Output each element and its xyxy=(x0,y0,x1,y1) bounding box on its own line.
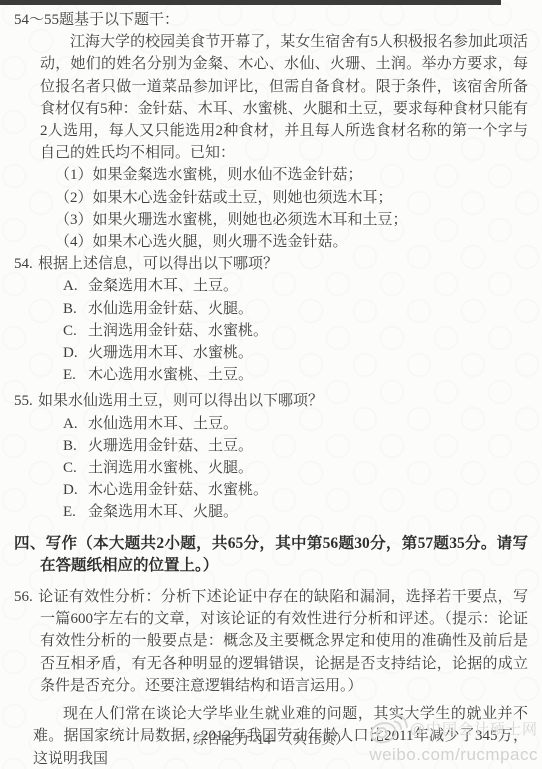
question-55-number: 55. xyxy=(14,390,38,412)
exam-page: 54～55题基于以下题干： 江海大学的校园美食节开幕了，某女生宿舍有5人积极报名… xyxy=(0,0,542,769)
question-55-text: 如果水仙选用土豆，则可以得出以下哪项？ xyxy=(38,393,323,409)
watermark-url: weibo.com/rucmpacc xyxy=(368,745,538,765)
option-text: 金粲选用木耳、火腿。 xyxy=(88,501,238,523)
option-text: 土润选用金针菇、水蜜桃。 xyxy=(88,320,268,342)
q55-option-b: B.火珊选用金针菇、土豆。 xyxy=(63,435,528,457)
page-content: 54～55题基于以下题干： 江海大学的校园美食节开幕了，某女生宿舍有5人积极报名… xyxy=(0,0,542,769)
question-54-text: 根据上述信息，可以得出以下哪项？ xyxy=(38,256,278,272)
question-56: 56.论证有效性分析：分析下述论证中存在的缺陷和漏洞，选择若干要点，写一篇600… xyxy=(14,586,528,697)
q55-option-d: D.木心选用金针菇、水蜜桃。 xyxy=(63,479,528,501)
question-55-options: A.水仙选用木耳、土豆。 B.火珊选用金针菇、土豆。 C.土润选用水蜜桃、火腿。… xyxy=(63,413,528,524)
stem-intro: 54～55题基于以下题干： xyxy=(14,9,528,31)
q54-option-c: C.土润选用金针菇、水蜜桃。 xyxy=(63,320,528,342)
q54-option-a: A.金粲选用木耳、土豆。 xyxy=(63,275,528,297)
condition-item-3: （3）如果火珊选水蜜桃，则她也必须选木耳和土豆； xyxy=(55,209,528,231)
question-54-number: 54. xyxy=(14,253,38,275)
option-text: 木心选用金针菇、水蜜桃。 xyxy=(88,479,268,501)
option-text: 木心选用水蜜桃、土豆。 xyxy=(88,364,253,386)
section-4-heading: 四、写作（本大题共2小题，共65分，其中第56题30分，第57题35分。请写在答… xyxy=(14,533,528,577)
option-text: 土润选用水蜜桃、火腿。 xyxy=(88,457,253,479)
option-letter: B. xyxy=(63,435,88,457)
question-54: 54.根据上述信息，可以得出以下哪项？ xyxy=(14,253,528,275)
q54-option-b: B.水仙选用金针菇、火腿。 xyxy=(63,298,528,320)
q55-option-c: C.土润选用水蜜桃、火腿。 xyxy=(63,457,528,479)
option-letter: C. xyxy=(63,457,88,479)
option-text: 水仙选用金针菇、火腿。 xyxy=(88,298,253,320)
weibo-icon xyxy=(368,711,408,745)
option-letter: B. xyxy=(63,298,88,320)
watermark-handle: @中国会计硕士网 xyxy=(410,718,538,739)
q55-option-a: A.水仙选用木耳、土豆。 xyxy=(63,413,528,435)
q54-option-e: E.木心选用水蜜桃、土豆。 xyxy=(63,364,528,386)
q54-option-d: D.火珊选用木耳、水蜜桃。 xyxy=(63,342,528,364)
condition-item-4: （4）如果木心选火腿，则火珊不选金针菇。 xyxy=(55,231,528,253)
question-stem: 江海大学的校园美食节开幕了，某女生宿舍有5人积极报名参加此项活动，她们的姓名分别… xyxy=(40,31,528,164)
option-letter: E. xyxy=(63,364,88,386)
option-text: 火珊选用金针菇、土豆。 xyxy=(88,435,253,457)
option-letter: C. xyxy=(63,320,88,342)
option-letter: E. xyxy=(63,501,88,523)
scan-edge-bar xyxy=(0,0,501,5)
option-letter: A. xyxy=(63,275,88,297)
question-56-number: 56. xyxy=(14,586,38,608)
conditions-list: （1）如果金粲选水蜜桃，则水仙不选金针菇； （2）如果木心选金针菇或土豆，则她也… xyxy=(55,164,528,253)
option-letter: A. xyxy=(63,413,88,435)
condition-item-2: （2）如果木心选金针菇或土豆，则她也须选木耳； xyxy=(55,187,528,209)
option-letter: D. xyxy=(63,342,88,364)
question-54-options: A.金粲选用木耳、土豆。 B.水仙选用金针菇、火腿。 C.土润选用金针菇、水蜜桃… xyxy=(63,275,528,386)
condition-item-1: （1）如果金粲选水蜜桃，则水仙不选金针菇； xyxy=(55,164,528,186)
question-56-text: 论证有效性分析：分析下述论证中存在的缺陷和漏洞，选择若干要点，写一篇600字左右… xyxy=(38,589,528,694)
option-letter: D. xyxy=(63,479,88,501)
q55-option-e: E.金粲选用木耳、火腿。 xyxy=(63,501,528,523)
option-text: 水仙选用木耳、土豆。 xyxy=(88,413,238,435)
option-text: 火珊选用木耳、水蜜桃。 xyxy=(88,342,253,364)
question-55: 55.如果水仙选用土豆，则可以得出以下哪项？ xyxy=(14,390,528,412)
watermark: @中国会计硕士网 weibo.com/rucmpacc xyxy=(368,711,538,765)
option-text: 金粲选用木耳、土豆。 xyxy=(88,275,238,297)
watermark-row: @中国会计硕士网 xyxy=(368,711,538,745)
